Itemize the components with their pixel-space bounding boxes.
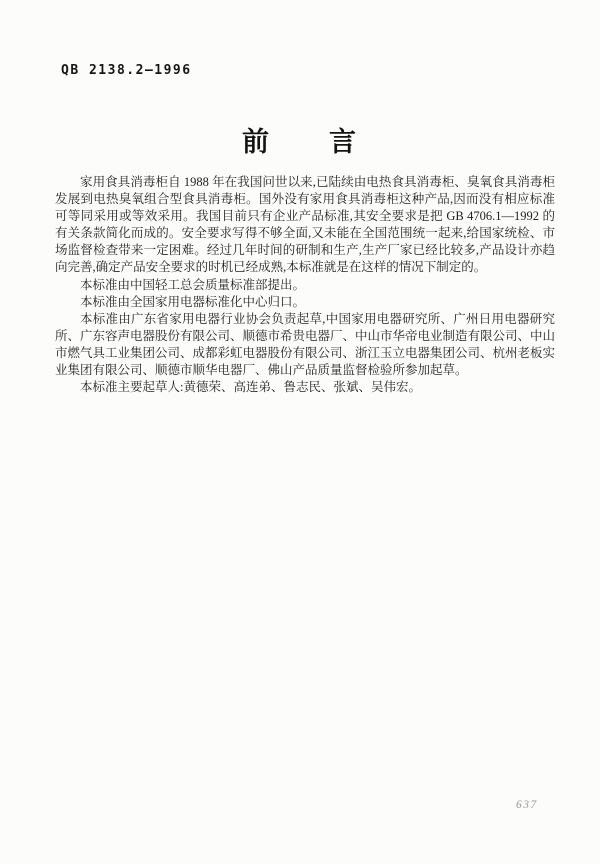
document-page: QB 2138.2—1996 前 言 家用食具消毒柜自 1988 年在我国问世以… [0, 0, 600, 864]
foreword-paragraph-centralized-by: 本标准由全国家用电器标准化中心归口。 [55, 294, 555, 311]
foreword-paragraph-proposed-by: 本标准由中国轻工总会质量标准部提出。 [55, 277, 555, 294]
page-number: 637 [516, 799, 538, 811]
foreword-paragraph-history: 家用食具消毒柜自 1988 年在我国问世以来,已陆续由电热食具消毒柜、臭氧食具消… [55, 174, 555, 277]
foreword-paragraph-drafting-organizations: 本标准由广东省家用电器行业协会负责起草,中国家用电器研究所、广州日用电器研究所、… [55, 311, 555, 379]
foreword-paragraph-drafters: 本标准主要起草人:黄德荣、高连弟、鲁志民、张斌、吴伟宏。 [55, 379, 555, 396]
foreword-body: 家用食具消毒柜自 1988 年在我国问世以来,已陆续由电热食具消毒柜、臭氧食具消… [55, 174, 555, 396]
standard-code: QB 2138.2—1996 [61, 63, 192, 78]
page-title: 前 言 [0, 120, 600, 159]
